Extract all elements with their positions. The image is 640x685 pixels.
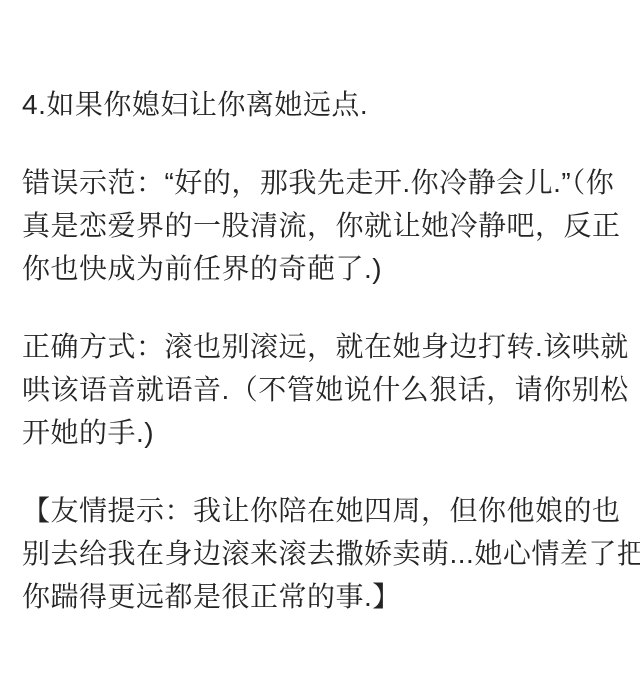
text-line: 错误示范：“好的，那我先走开.你冷静会儿.”（你 [22,161,622,204]
text-line: 别去给我在身边滚来滚去撒娇卖萌...她心情差了把 [22,532,622,575]
text-line: 你踹得更远都是很正常的事.】 [22,575,622,618]
text-image-page: 4.如果你媳妇让你离她远点. 错误示范：“好的，那我先走开.你冷静会儿.”（你 … [0,0,640,685]
text-line: 哄该语音就语音.（不管她说什么狠话，请你别松 [22,368,622,411]
text-line: 你也快成为前任界的奇葩了.) [22,247,622,290]
paragraph-friendly-reminder: 【友情提示：我让你陪在她四周，但你他娘的也 别去给我在身边滚来滚去撒娇卖萌...… [22,489,622,618]
text-line: 【友情提示：我让你陪在她四周，但你他娘的也 [22,489,622,532]
page-title: 4.如果你媳妇让你离她远点. [22,83,622,126]
paragraph-wrong-example: 错误示范：“好的，那我先走开.你冷静会儿.”（你 真是恋爱界的一股清流，你就让她… [22,161,622,290]
paragraph-correct-way: 正确方式：滚也别滚远，就在她身边打转.该哄就 哄该语音就语音.（不管她说什么狠话… [22,325,622,454]
text-line: 开她的手.) [22,411,622,454]
text-line: 正确方式：滚也别滚远，就在她身边打转.该哄就 [22,325,622,368]
text-line: 真是恋爱界的一股清流，你就让她冷静吧，反正 [22,204,622,247]
